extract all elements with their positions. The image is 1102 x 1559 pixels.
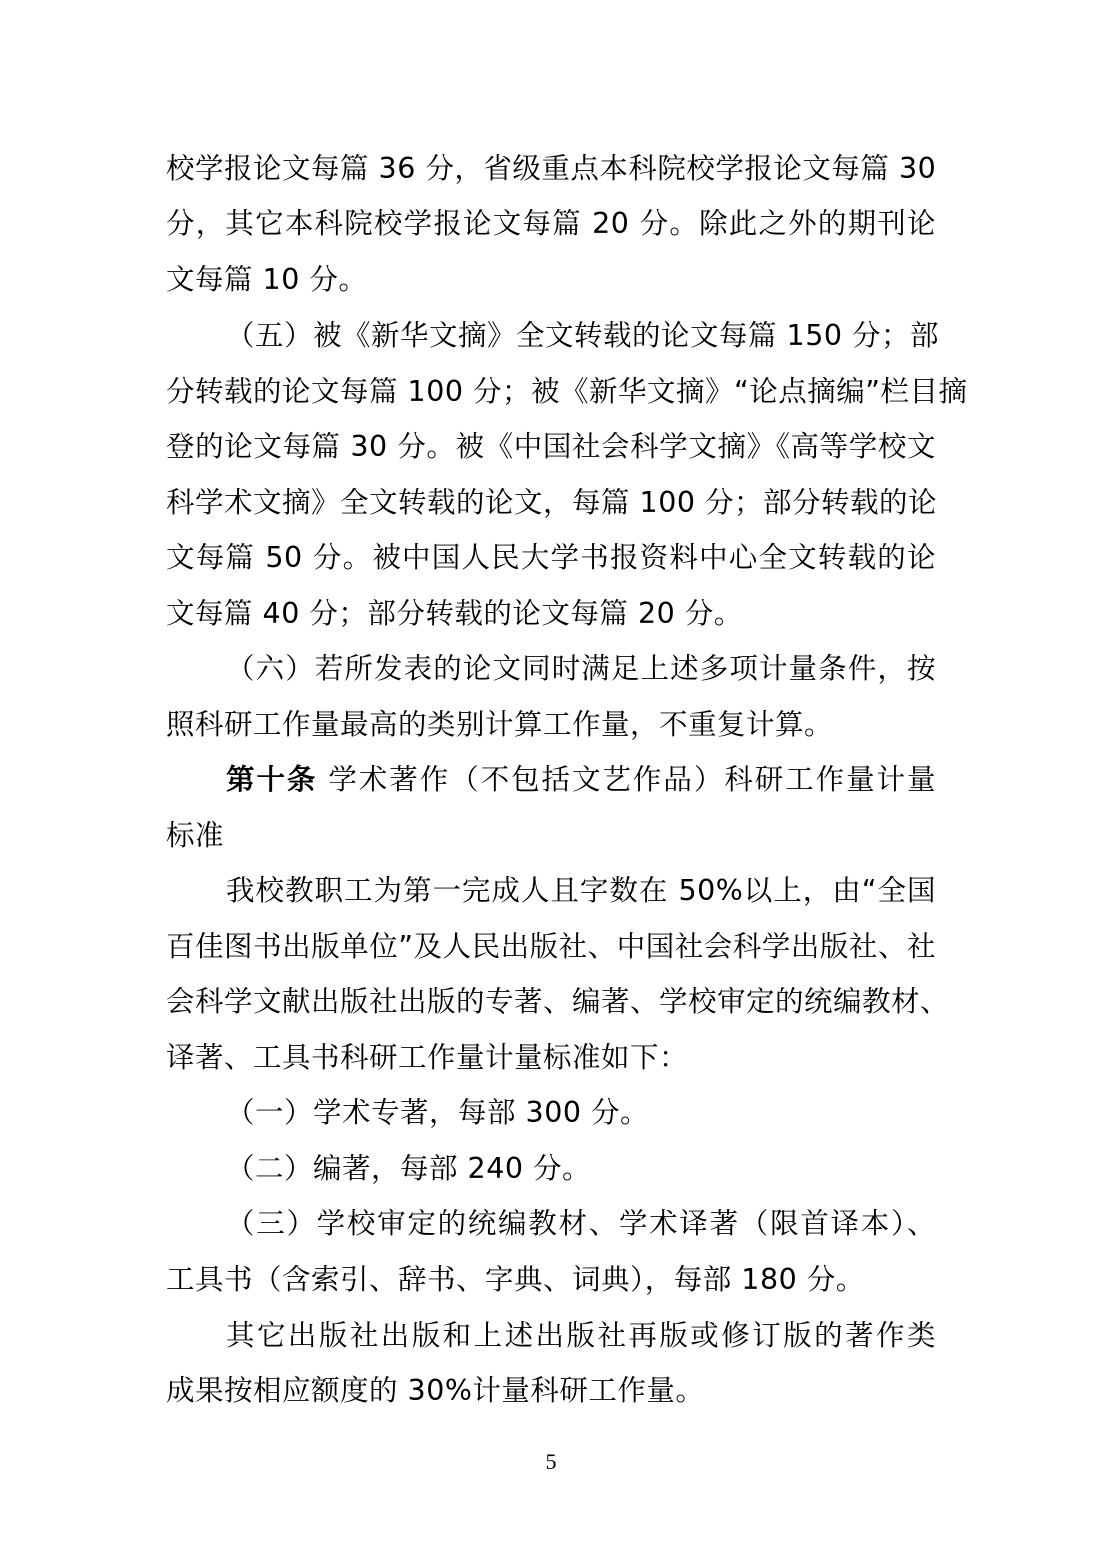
text-line: 校学报论文每篇 36 分，省级重点本科院校学报论文每篇 30 [166, 141, 936, 197]
text-line: 会科学文献出版社出版的专著、编著、学校审定的统编教材、 [166, 974, 936, 1030]
paragraph-item-5: （五）被《新华文摘》全文转载的论文每篇 150 分；部 [226, 308, 936, 364]
paragraph-item-2: （二）编著，每部 240 分。 [226, 1141, 936, 1197]
paragraph-other: 其它出版社出版和上述出版社再版或修订版的著作类 [226, 1308, 936, 1364]
page-number: 5 [0, 1447, 1102, 1477]
paragraph-item-6: （六）若所发表的论文同时满足上述多项计量条件，按 [226, 641, 936, 697]
text-line: 登的论文每篇 30 分。被《中国社会科学文摘》《高等学校文 [166, 419, 936, 475]
text-line: 文每篇 10 分。 [166, 252, 936, 308]
article-heading: 第十条 学术著作（不包括文艺作品）科研工作量计量 [226, 752, 936, 808]
document-page: 校学报论文每篇 36 分，省级重点本科院校学报论文每篇 30 分，其它本科院校学… [0, 0, 1102, 1559]
article-title: 学术著作（不包括文艺作品）科研工作量计量 [317, 763, 936, 796]
text-line: 分转载的论文每篇 100 分；被《新华文摘》“论点摘编”栏目摘 [166, 364, 936, 420]
text-line: 文每篇 40 分；部分转载的论文每篇 20 分。 [166, 586, 936, 642]
article-number: 第十条 [226, 763, 317, 796]
text-line: 译著、工具书科研工作量计量标准如下： [166, 1030, 936, 1086]
paragraph-item-1: （一）学术专著，每部 300 分。 [226, 1085, 936, 1141]
paragraph-item-3: （三）学校审定的统编教材、学术译著（限首译本）、 [226, 1196, 936, 1252]
text-line: 文每篇 50 分。被中国人民大学书报资料中心全文转载的论 [166, 530, 936, 586]
text-line: 科学术文摘》全文转载的论文，每篇 100 分；部分转载的论 [166, 475, 936, 531]
text-line: 成果按相应额度的 30%计量科研工作量。 [166, 1363, 936, 1419]
article-title-continued: 标准 [166, 808, 936, 864]
paragraph-intro: 我校教职工为第一完成人且字数在 50%以上，由“全国 [226, 863, 936, 919]
text-line: 分，其它本科院校学报论文每篇 20 分。除此之外的期刊论 [166, 196, 936, 252]
text-line: 工具书（含索引、辞书、字典、词典），每部 180 分。 [166, 1252, 936, 1308]
text-line: 百佳图书出版单位”及人民出版社、中国社会科学出版社、社 [166, 919, 936, 975]
text-line: 照科研工作量最高的类别计算工作量，不重复计算。 [166, 697, 936, 753]
